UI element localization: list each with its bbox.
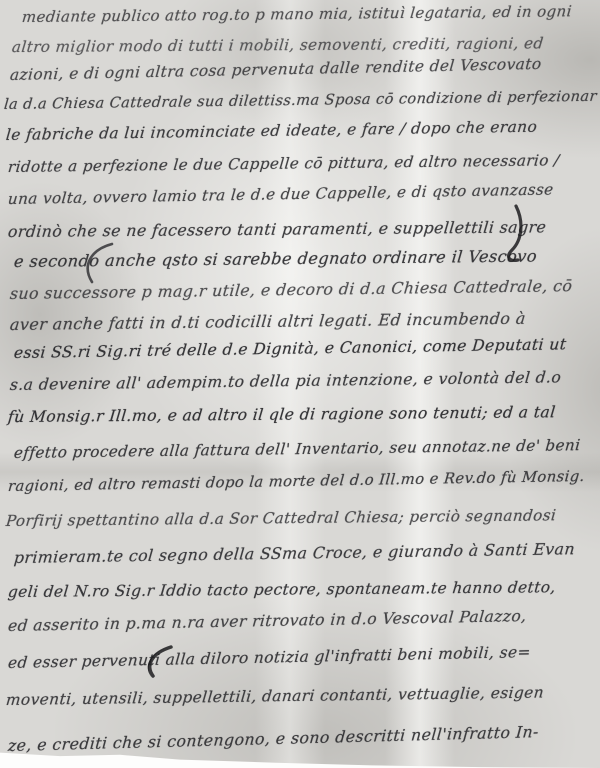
manuscript-line: s.a devenire all' adempim.to della pia i…	[9, 368, 562, 394]
manuscript-line: effetto procedere alla fattura dell' Inv…	[13, 436, 581, 462]
manuscript-line: ragioni, ed altro remasti dopo la morte …	[7, 468, 585, 495]
manuscript-line: le fabriche da lui incominciate ed ideat…	[5, 118, 538, 144]
manuscript-line: ed asserito in p.ma n.ra aver ritrovato …	[7, 607, 527, 635]
manuscript-line: mediante publico atto rog.to p mano mia,…	[21, 2, 573, 26]
manuscript-line: fù Monsig.r Ill.mo, e ad altro il qle di…	[7, 403, 556, 426]
manuscript-line: essi SS.ri Sig.ri tré delle d.e Dignità,…	[13, 335, 567, 362]
manuscript-line: aver anche fatti in d.ti codicilli altri…	[9, 309, 527, 334]
manuscript-line: moventi, utensili, suppellettili, danari…	[5, 683, 545, 709]
manuscript-line: ze, e crediti che si contengono, e sono …	[7, 722, 539, 755]
manuscript-line: azioni, e di ogni altra cosa pervenuta d…	[9, 55, 542, 84]
manuscript-line: ordinò che se ne facessero tanti paramen…	[7, 217, 547, 241]
manuscript-page: mediante publico atto rog.to p mano mia,…	[0, 0, 600, 768]
manuscript-line: altro miglior modo di tutti i mobili, se…	[11, 34, 544, 56]
manuscript-line: Porfirij spettantino alla d.a Sor Catted…	[5, 506, 557, 530]
manuscript-line: la d.a Chiesa Cattedrale sua dilettiss.m…	[3, 88, 597, 113]
manuscript-line: ed esser pervenuti alla diloro notizia g…	[7, 643, 531, 672]
manuscript-line: geli del N.ro Sig.r Iddio tacto pectore,…	[7, 578, 557, 601]
manuscript-line: suo successore p mag.r utile, e decoro d…	[9, 276, 573, 303]
manuscript-line: ridotte a perfezione le due Cappelle cō …	[7, 151, 560, 176]
manuscript-line: e secondo anche qsto si sarebbe degnato …	[13, 247, 538, 271]
manuscript-line: primieram.te col segno della SSma Croce,…	[13, 539, 576, 567]
manuscript-line: una volta, ovvero lamio tra le d.e due C…	[7, 180, 554, 208]
